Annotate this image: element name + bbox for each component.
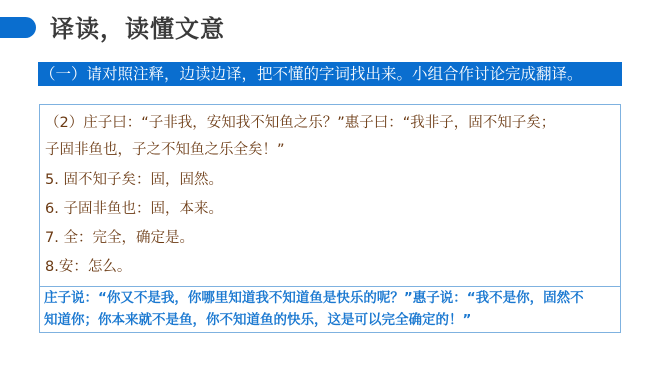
instruction-banner: （一）请对照注释，边读边译，把不懂的字词找出来。小组合作讨论完成翻译。 [38,62,622,86]
annotation-item: 8.安：怎么。 [45,257,131,277]
slide: 译读，读懂文意 （一）请对照注释，边读边译，把不懂的字词找出来。小组合作讨论完成… [0,0,668,376]
original-text-line: 子固非鱼也，子之不知鱼之乐全矣！” [45,140,285,160]
annotation-item: 7. 全：完全，确定是。 [45,228,194,248]
title-accent-pill [0,17,36,38]
translation-line: 知道你；你本来就不是鱼，你不知道鱼的快乐，这是可以完全确定的！” [44,311,471,329]
annotation-item: 6. 子固非鱼也：固，本来。 [45,199,223,219]
page-title: 译读，读懂文意 [50,14,225,44]
annotation-item: 5. 固不知子矣：固，固然。 [45,170,223,190]
original-text-box: （2）庄子曰：“子非我，安知我不知鱼之乐？”惠子曰：“我非子，固不知子矣； 子固… [39,104,621,287]
original-text-line: （2）庄子曰：“子非我，安知我不知鱼之乐？”惠子曰：“我非子，固不知子矣； [45,113,555,133]
translation-box: 庄子说：“你又不是我，你哪里知道我不知道鱼是快乐的呢？”惠子说：“我不是你，固然… [39,286,621,333]
translation-line: 庄子说：“你又不是我，你哪里知道我不知道鱼是快乐的呢？”惠子说：“我不是你，固然… [44,289,584,307]
